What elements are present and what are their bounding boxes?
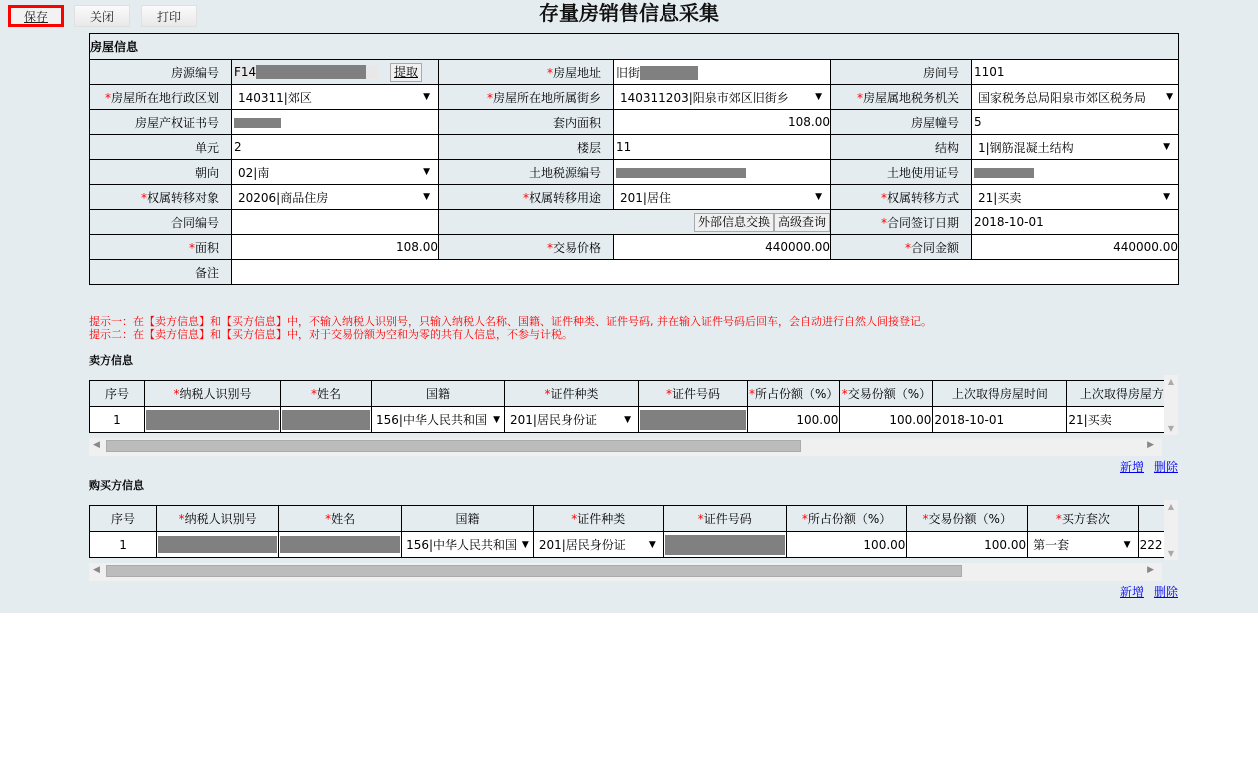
seller-actions: 新增删除	[1110, 458, 1178, 475]
contract-amount-label: *合同金额	[831, 235, 972, 260]
hint-two: 提示二：在【卖方信息】和【买方信息】中，对于交易份额为空和为零的共有人信息，不参…	[89, 328, 573, 341]
remark-label: 备注	[90, 260, 232, 285]
taxpayer-id-cell[interactable]	[145, 407, 281, 433]
chevron-down-icon: ▼	[649, 540, 656, 550]
column-header: *证件号码	[663, 506, 786, 532]
cert-no-field[interactable]	[232, 110, 439, 135]
tax-office-select[interactable]: 国家税务总局阳泉市郊区税务局▼	[972, 85, 1179, 110]
room-no-label: 房间号	[831, 60, 972, 85]
seq-cell: 1	[90, 532, 157, 558]
nationality-select[interactable]: 156|中华人民共和国▼	[372, 407, 505, 433]
transfer-object-select[interactable]: 20206|商品住房▼	[232, 185, 439, 210]
table-row[interactable]: 1 156|中华人民共和国▼ 201|居民身份证▼ 100.00 100.00 …	[90, 407, 1177, 433]
id-type-select[interactable]: 201|居民身份证▼	[505, 407, 639, 433]
column-header: *证件种类	[505, 381, 639, 407]
trade-share-cell[interactable]: 100.00	[907, 532, 1028, 558]
street-label: *房屋所在地所属街乡	[439, 85, 614, 110]
district-label: *房屋所在地行政区划	[90, 85, 232, 110]
tax-office-label: *房屋属地税务机关	[831, 85, 972, 110]
column-header: 上次取得房屋方	[1067, 381, 1177, 407]
seller-header-row: 序号*纳税人识别号*姓名国籍*证件种类*证件号码*所占份额（%）*交易份额（%）…	[90, 381, 1177, 407]
inner-area-label: 套内面积	[439, 110, 614, 135]
column-header: 上次取得房屋时间	[933, 381, 1067, 407]
contract-amount-field[interactable]: 440000.00	[972, 235, 1179, 260]
transfer-use-label: *权属转移用途	[439, 185, 614, 210]
room-no-field[interactable]: 1101	[972, 60, 1179, 85]
building-no-field[interactable]: 5	[972, 110, 1179, 135]
seller-section-title: 卖方信息	[89, 352, 133, 368]
contract-no-field[interactable]	[232, 210, 439, 235]
column-header: 序号	[90, 506, 157, 532]
seller-delete-link[interactable]: 删除	[1154, 460, 1178, 474]
buyer-table: 序号*纳税人识别号*姓名国籍*证件种类*证件号码*所占份额（%）*交易份额（%）…	[89, 505, 1178, 558]
trade-share-cell[interactable]: 100.00	[840, 407, 933, 433]
external-exchange-button[interactable]: 外部信息交换	[694, 213, 774, 232]
id-no-cell[interactable]	[663, 532, 786, 558]
chevron-down-icon: ▼	[624, 415, 631, 425]
column-header: *买方套次	[1028, 506, 1138, 532]
last-method-cell[interactable]: 21|买卖	[1067, 407, 1177, 433]
column-header: *所占份额（%）	[748, 381, 840, 407]
structure-label: 结构	[831, 135, 972, 160]
land-tax-no-label: 土地税源编号	[439, 160, 614, 185]
chevron-down-icon: ▼	[815, 92, 822, 102]
floor-field[interactable]: 11	[614, 135, 831, 160]
redacted-block	[616, 168, 746, 178]
set-count-select[interactable]: 第一套▼	[1028, 532, 1138, 558]
column-header: *证件种类	[533, 506, 663, 532]
redacted-block	[280, 536, 400, 553]
column-header: *纳税人识别号	[145, 381, 281, 407]
column-header: *证件号码	[639, 381, 748, 407]
redacted-block	[665, 535, 785, 555]
cert-no-label: 房屋产权证书号	[90, 110, 232, 135]
area-field[interactable]: 108.00	[232, 235, 439, 260]
contract-date-label: *合同签订日期	[831, 210, 972, 235]
price-label: *交易价格	[439, 235, 614, 260]
name-cell[interactable]	[279, 532, 402, 558]
buyer-grid: 序号*纳税人识别号*姓名国籍*证件种类*证件号码*所占份额（%）*交易份额（%）…	[89, 500, 1178, 560]
remark-field[interactable]	[232, 260, 1179, 285]
share-cell[interactable]: 100.00	[748, 407, 840, 433]
seller-vertical-scrollbar[interactable]: ▲▼	[1164, 375, 1178, 435]
price-field[interactable]: 440000.00	[614, 235, 831, 260]
id-type-select[interactable]: 201|居民身份证▼	[533, 532, 663, 558]
chevron-down-icon: ▼	[1163, 142, 1170, 152]
district-select[interactable]: 140311|郊区▼	[232, 85, 439, 110]
chevron-down-icon: ▼	[815, 192, 822, 202]
share-cell[interactable]: 100.00	[786, 532, 907, 558]
transfer-method-label: *权属转移方式	[831, 185, 972, 210]
inner-area-field[interactable]: 108.00	[614, 110, 831, 135]
house-info-table: 房屋信息 房源编号 F14 提取 *房屋地址 旧街 房间号 1101 *房屋所在…	[89, 33, 1179, 285]
buyer-horizontal-scrollbar[interactable]: ◀ ▶	[89, 563, 1162, 581]
redacted-block	[282, 410, 370, 430]
house-info-section-title: 房屋信息	[90, 34, 1179, 60]
transfer-object-label: *权属转移对象	[90, 185, 232, 210]
address-label: *房屋地址	[439, 60, 614, 85]
buyer-delete-link[interactable]: 删除	[1154, 585, 1178, 599]
chevron-down-icon: ▼	[423, 192, 430, 202]
redacted-block	[146, 410, 279, 430]
chevron-down-icon: ▼	[423, 92, 430, 102]
chevron-down-icon: ▼	[1124, 540, 1131, 550]
scroll-thumb[interactable]	[106, 565, 962, 577]
chevron-down-icon: ▼	[1166, 92, 1173, 102]
query-buttons-cell: 外部信息交换高级查询	[439, 210, 831, 235]
unit-field[interactable]: 2	[232, 135, 439, 160]
hint-one: 提示一：在【卖方信息】和【买方信息】中，不输入纳税人识别号，只输入纳税人名称、国…	[89, 315, 932, 328]
scroll-thumb[interactable]	[106, 440, 801, 452]
chevron-down-icon: ▼	[493, 415, 500, 425]
seq-cell: 1	[90, 407, 145, 433]
last-time-cell[interactable]: 2018-10-01	[933, 407, 1067, 433]
seller-grid: 序号*纳税人识别号*姓名国籍*证件种类*证件号码*所占份额（%）*交易份额（%）…	[89, 375, 1178, 435]
column-header: 序号	[90, 381, 145, 407]
redacted-block	[974, 168, 1034, 178]
area-label: *面积	[90, 235, 232, 260]
column-header: *交易份额（%）	[907, 506, 1028, 532]
buyer-vertical-scrollbar[interactable]: ▲▼	[1164, 500, 1178, 560]
chevron-down-icon: ▼	[423, 167, 430, 177]
seller-table: 序号*纳税人识别号*姓名国籍*证件种类*证件号码*所占份额（%）*交易份额（%）…	[89, 380, 1177, 433]
contract-no-label: 合同编号	[90, 210, 232, 235]
chevron-down-icon: ▼	[522, 540, 529, 550]
redacted-block	[256, 65, 366, 79]
building-no-label: 房屋幢号	[831, 110, 972, 135]
name-cell[interactable]	[281, 407, 372, 433]
column-header: 国籍	[372, 381, 505, 407]
column-header: *交易份额（%）	[840, 381, 933, 407]
column-header: 国籍	[402, 506, 534, 532]
transfer-method-select[interactable]: 21|买卖▼	[972, 185, 1179, 210]
source-no-label: 房源编号	[90, 60, 232, 85]
structure-select[interactable]: 1|钢筋混凝土结构▼	[972, 135, 1179, 160]
advanced-query-button[interactable]: 高级查询	[774, 213, 830, 232]
taxpayer-id-cell[interactable]	[157, 532, 279, 558]
transfer-use-select[interactable]: 201|居住▼	[614, 185, 831, 210]
page-title: 存量房销售信息采集	[0, 0, 1258, 26]
id-no-cell[interactable]	[639, 407, 748, 433]
fetch-button[interactable]: 提取	[390, 63, 422, 82]
seller-horizontal-scrollbar[interactable]: ◀ ▶	[89, 438, 1162, 456]
land-tax-no-field[interactable]	[614, 160, 831, 185]
redacted-block	[158, 536, 277, 553]
source-no-value: F14	[234, 65, 256, 79]
table-row[interactable]: 1 156|中华人民共和国▼ 201|居民身份证▼ 100.00 100.00 …	[90, 532, 1178, 558]
column-header: *所占份额（%）	[786, 506, 907, 532]
nationality-select[interactable]: 156|中华人民共和国▼	[402, 532, 534, 558]
buyer-add-link[interactable]: 新增	[1120, 585, 1144, 599]
contract-date-field[interactable]: 2018-10-01	[972, 210, 1179, 235]
address-field[interactable]: 旧街	[614, 60, 831, 85]
buyer-section-title: 购买方信息	[89, 477, 144, 493]
buyer-header-row: 序号*纳税人识别号*姓名国籍*证件种类*证件号码*所占份额（%）*交易份额（%）…	[90, 506, 1178, 532]
land-use-cert-field[interactable]	[972, 160, 1179, 185]
redacted-block	[234, 118, 281, 128]
redacted-block	[640, 66, 698, 80]
redacted-block	[640, 410, 746, 430]
source-no-field[interactable]: F14 提取	[232, 60, 439, 85]
floor-label: 楼层	[439, 135, 614, 160]
unit-label: 单元	[90, 135, 232, 160]
column-header: *姓名	[281, 381, 372, 407]
column-header: *纳税人识别号	[157, 506, 279, 532]
chevron-down-icon: ▼	[1163, 192, 1170, 202]
buyer-actions: 新增删除	[1110, 583, 1178, 600]
land-use-cert-label: 土地使用证号	[831, 160, 972, 185]
seller-add-link[interactable]: 新增	[1120, 460, 1144, 474]
orientation-select[interactable]: 02|南▼	[232, 160, 439, 185]
street-select[interactable]: 140311203|阳泉市郊区旧街乡▼	[614, 85, 831, 110]
orientation-label: 朝向	[90, 160, 232, 185]
column-header: *姓名	[279, 506, 402, 532]
